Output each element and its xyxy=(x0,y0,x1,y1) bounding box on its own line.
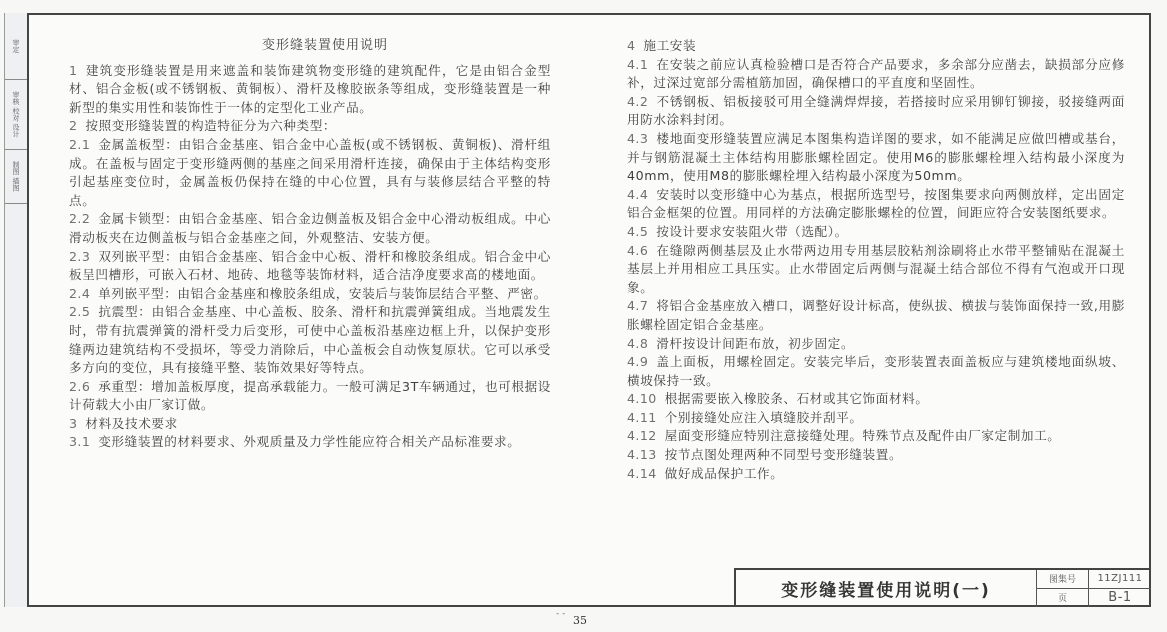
section-number: 2.1 xyxy=(69,137,90,152)
paragraph: 3材料及技术要求 xyxy=(69,415,551,434)
page-dash-mark: - - xyxy=(556,609,565,619)
paragraph: 2.2金属卡锁型：由铝合金基座、铝合金边侧盖板及铝合金中心滑动板组成。中心滑动板… xyxy=(69,210,551,247)
section-number: 3.1 xyxy=(69,434,90,449)
section-number: 4.3 xyxy=(627,131,648,146)
title-block-grid: 图集号 11ZJ111 页 B-1 xyxy=(1037,570,1151,607)
section-number: 2.5 xyxy=(69,304,90,319)
paragraph: 4.13按节点图处理两种不同型号变形缝装置。 xyxy=(627,446,1125,465)
paragraph-text: 材料及技术要求 xyxy=(85,416,177,431)
paragraph-text: 承重型：增加盖板厚度，提高承载能力。一般可满足3T车辆通过，也可根据设计荷载大小… xyxy=(69,379,551,413)
paragraph-text: 做好成品保护工作。 xyxy=(665,466,784,481)
paragraph-text: 个别接缝处应注入填缝胶并刮平。 xyxy=(665,410,863,425)
section-number: 1 xyxy=(69,63,77,78)
paragraph-text: 按设计要求安装阻火带（选配）。 xyxy=(656,224,848,239)
section-number: 4.10 xyxy=(627,391,657,406)
binding-cell-drawing: 制图 描图 xyxy=(5,149,27,204)
section-number: 4.11 xyxy=(627,410,657,425)
paragraph: 4.3楼地面变形缝装置应满足本图集构造详图的要求，如不能满足应做凹槽或基台，并与… xyxy=(627,130,1125,186)
paragraph: 2.4单列嵌平型：由铝合金基座和橡胶条组成，安装后与装饰层结合平整、严密。 xyxy=(69,285,551,304)
paragraph-text: 单列嵌平型：由铝合金基座和橡胶条组成，安装后与装饰层结合平整、严密。 xyxy=(98,286,547,301)
paragraph: 2.6承重型：增加盖板厚度，提高承载能力。一般可满足3T车辆通过，也可根据设计荷… xyxy=(69,378,551,415)
binding-cell-review: 审核 校对 设计 xyxy=(5,79,27,150)
paragraph: 4.10根据需要嵌入橡胶条、石材或其它饰面材料。 xyxy=(627,390,1125,409)
section-number: 2.4 xyxy=(69,286,90,301)
title-block-title: 变形缝装置使用说明(一) xyxy=(736,570,1037,607)
paragraph-text: 将铝合金基座放入槽口，调整好设计标高，使纵拔、横拔与装饰面保持一致,用膨胀螺栓固… xyxy=(627,298,1125,332)
paragraph-text: 金属盖板型：由铝合金基座、铝合金中心盖板(或不锈钢板、黄铜板)、滑杆组成。在盖板… xyxy=(69,137,551,208)
paragraph: 4.11个别接缝处应注入填缝胶并刮平。 xyxy=(627,409,1125,428)
paragraph-text: 楼地面变形缝装置应满足本图集构造详图的要求，如不能满足应做凹槽或基台，并与钢筋混… xyxy=(627,131,1125,183)
paragraph: 4.5按设计要求安装阻火带（选配）。 xyxy=(627,223,1125,242)
paragraph-text: 建筑变形缝装置是用来遮盖和装饰建筑物变形缝的建筑配件，它是由铝合金型材、铝合金板… xyxy=(69,63,551,115)
paragraph-text: 抗震型：由铝合金基座、中心盖板、胶条、滑杆和抗震弹簧组成。当地震发生时，带有抗震… xyxy=(69,304,551,375)
section-number: 4.8 xyxy=(627,336,648,351)
paragraph-text: 根据需要嵌入橡胶条、石材或其它饰面材料。 xyxy=(665,391,929,406)
atlas-number-label: 图集号 xyxy=(1037,570,1089,589)
section-number: 4.7 xyxy=(627,298,648,313)
binding-strip: 审定 审核 校对 设计 制图 描图 xyxy=(4,13,28,607)
paragraph: 4.1在安装之前应认真检验槽口是否符合产品要求，多余部分应凿去，缺损部分应修补，… xyxy=(627,56,1125,93)
paragraph: 1建筑变形缝装置是用来遮盖和装饰建筑物变形缝的建筑配件，它是由铝合金型材、铝合金… xyxy=(69,62,551,118)
section-number: 3 xyxy=(69,416,77,431)
page-value: B-1 xyxy=(1089,589,1151,608)
paragraph: 3.1变形缝装置的材料要求、外观质量及力学性能应符合相关产品标准要求。 xyxy=(69,433,551,452)
section-number: 4.13 xyxy=(627,447,657,462)
paragraph-text: 盖上面板，用螺栓固定。安装完毕后，变形装置表面盖板应与建筑楼地面纵坡、横坡保持一… xyxy=(627,354,1125,388)
right-column: 4施工安装4.1在安装之前应认真检验槽口是否符合产品要求，多余部分应凿去，缺损部… xyxy=(627,37,1125,483)
paragraph-text: 不锈钢板、铝板接驳可用全缝满焊焊接，若搭接时应采用铆钉铆接，驳接缝两面用防水涂料… xyxy=(627,94,1125,128)
section-number: 4.4 xyxy=(627,187,648,202)
paragraph-text: 双列嵌平型：由铝合金基座、铝合金中心板、滑杆和橡胶条组成。铝合金中心板呈凹槽形，… xyxy=(69,249,551,283)
paragraph-text: 施工安装 xyxy=(643,38,696,53)
section-number: 2 xyxy=(69,118,77,133)
paragraph-text: 在安装之前应认真检验槽口是否符合产品要求，多余部分应凿去，缺损部分应修补，过深过… xyxy=(627,57,1125,91)
paragraph: 4施工安装 xyxy=(627,37,1125,56)
section-number: 4.5 xyxy=(627,224,648,239)
left-column: 变形缝装置使用说明 1建筑变形缝装置是用来遮盖和装饰建筑物变形缝的建筑配件，它是… xyxy=(69,37,551,452)
section-number: 4.12 xyxy=(627,428,657,443)
paragraph: 4.4安装时以变形缝中心为基点，根据所选型号，按图集要求向两侧放样，定出固定铝合… xyxy=(627,186,1125,223)
section-number: 2.3 xyxy=(69,249,90,264)
paragraph: 4.8滑杆按设计间距布放，初步固定。 xyxy=(627,335,1125,354)
page-number: 35 xyxy=(573,614,587,627)
paragraph: 4.2不锈钢板、铝板接驳可用全缝满焊焊接，若搭接时应采用铆钉铆接，驳接缝两面用防… xyxy=(627,93,1125,130)
paragraph: 4.6在缝隙两侧基层及止水带两边用专用基层胶粘剂涂刷将止水带平整铺贴在混凝土基层… xyxy=(627,242,1125,298)
paragraph-text: 安装时以变形缝中心为基点，根据所选型号，按图集要求向两侧放样，定出固定铝合金框架… xyxy=(627,187,1125,221)
paragraph: 2按照变形缝装置的构造特征分为六种类型： xyxy=(69,117,551,136)
page-label: 页 xyxy=(1037,589,1089,608)
paragraph-text: 金属卡锁型：由铝合金基座、铝合金边侧盖板及铝合金中心滑动板组成。中心滑动板夹在边… xyxy=(69,211,551,245)
document-heading: 变形缝装置使用说明 xyxy=(69,37,551,56)
paragraph-text: 在缝隙两侧基层及止水带两边用专用基层胶粘剂涂刷将止水带平整铺贴在混凝土基层上并用… xyxy=(627,243,1125,295)
paragraph-text: 变形缝装置的材料要求、外观质量及力学性能应符合相关产品标准要求。 xyxy=(98,434,520,449)
paragraph: 2.1金属盖板型：由铝合金基座、铝合金中心盖板(或不锈钢板、黄铜板)、滑杆组成。… xyxy=(69,136,551,210)
paragraph-text: 屋面变形缝应特别注意接缝处理。特殊节点及配件由厂家定制加工。 xyxy=(665,428,1061,443)
paragraph: 4.14做好成品保护工作。 xyxy=(627,465,1125,484)
paragraph-text: 按节点图处理两种不同型号变形缝装置。 xyxy=(665,447,903,462)
section-number: 4.1 xyxy=(627,57,648,72)
section-number: 2.2 xyxy=(69,211,90,226)
paragraph: 4.12屋面变形缝应特别注意接缝处理。特殊节点及配件由厂家定制加工。 xyxy=(627,427,1125,446)
paragraph: 2.3双列嵌平型：由铝合金基座、铝合金中心板、滑杆和橡胶条组成。铝合金中心板呈凹… xyxy=(69,248,551,285)
section-number: 4 xyxy=(627,38,635,53)
title-block: 变形缝装置使用说明(一) 图集号 11ZJ111 页 B-1 xyxy=(734,568,1151,607)
drawing-frame: 变形缝装置使用说明 1建筑变形缝装置是用来遮盖和装饰建筑物变形缝的建筑配件，它是… xyxy=(27,13,1151,607)
atlas-number-value: 11ZJ111 xyxy=(1089,570,1151,589)
section-number: 4.6 xyxy=(627,243,648,258)
section-number: 4.14 xyxy=(627,466,657,481)
paragraph-text: 按照变形缝装置的构造特征分为六种类型： xyxy=(85,118,336,133)
paragraph-text: 滑杆按设计间距布放，初步固定。 xyxy=(656,336,854,351)
section-number: 2.6 xyxy=(69,379,90,394)
paragraph: 4.7将铝合金基座放入槽口，调整好设计标高，使纵拔、横拔与装饰面保持一致,用膨胀… xyxy=(627,297,1125,334)
paragraph: 2.5抗震型：由铝合金基座、中心盖板、胶条、滑杆和抗震弹簧组成。当地震发生时，带… xyxy=(69,303,551,377)
section-number: 4.9 xyxy=(627,354,648,369)
binding-cell-approve: 审定 xyxy=(5,13,27,80)
section-number: 4.2 xyxy=(627,94,648,109)
paragraph: 4.9盖上面板，用螺栓固定。安装完毕后，变形装置表面盖板应与建筑楼地面纵坡、横坡… xyxy=(627,353,1125,390)
